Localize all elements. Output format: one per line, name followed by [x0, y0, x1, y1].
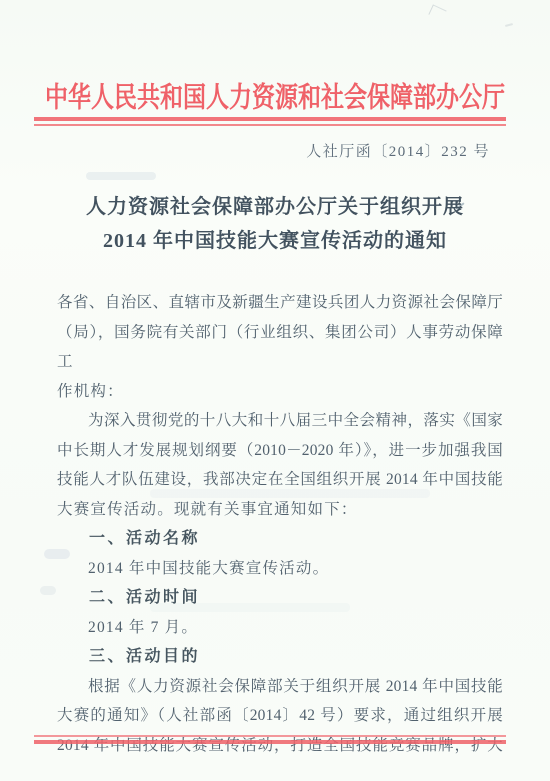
body-line: 为深入贯彻党的十八大和十八届三中全会精神，落实《国家 [57, 406, 503, 436]
scan-speck [505, 23, 513, 27]
document-reference-number: 人社厅函〔2014〕232 号 [306, 140, 490, 161]
scanned-document-page: 中华人民共和国人力资源和社会保障部办公厅 人社厅函〔2014〕232 号 人力资… [0, 0, 550, 781]
body-line: 中长期人才发展规划纲要（2010－2020 年）》，进一步加强我国 [57, 436, 503, 466]
document-title-line-2: 2014 年中国技能大赛宣传活动的通知 [0, 224, 550, 258]
document-title-line-1: 人力资源社会保障部办公厅关于组织开展 [0, 190, 550, 224]
section-heading-3: 三、活动目的 [57, 642, 503, 672]
issuing-agency-letterhead: 中华人民共和国人力资源和社会保障部办公厅 [0, 75, 550, 115]
body-line: 大赛宣传活动。现就有关事宜通知如下： [57, 495, 503, 525]
body-line: 根据《人力资源社会保障部关于组织开展 2014 年中国技能 [57, 672, 503, 702]
document-body: 各省、自治区、直辖市及新疆生产建设兵团人力资源社会保障厅 （局），国务院有关部门… [57, 288, 503, 760]
divider-thick-line [34, 740, 506, 744]
body-line: 各省、自治区、直辖市及新疆生产建设兵团人力资源社会保障厅 [57, 288, 503, 318]
scan-speck [428, 4, 446, 20]
letterhead-divider [34, 117, 506, 126]
scan-smudge [40, 586, 56, 595]
body-line: 作机构： [57, 377, 503, 407]
document-title: 人力资源社会保障部办公厅关于组织开展 2014 年中国技能大赛宣传活动的通知 [0, 190, 550, 258]
section-heading-2: 二、活动时间 [57, 583, 503, 613]
body-line: 技能人才队伍建设，我部决定在全国组织开展 2014 年中国技能 [57, 465, 503, 495]
body-line: 2014 年 7 月。 [57, 613, 503, 643]
divider-thin-line [34, 735, 506, 737]
scan-smudge [86, 172, 156, 180]
section-heading-1: 一、活动名称 [57, 524, 503, 554]
body-line: （局），国务院有关部门（行业组织、集团公司）人事劳动保障工 [57, 318, 503, 377]
divider-thick-line [34, 117, 506, 121]
body-line: 2014 年中国技能大赛宣传活动。 [57, 554, 503, 584]
footer-divider [34, 735, 506, 744]
divider-thin-line [34, 124, 506, 126]
body-line: 大赛的通知》（人社部函〔2014〕42 号）要求，通过组织开展 [57, 701, 503, 731]
